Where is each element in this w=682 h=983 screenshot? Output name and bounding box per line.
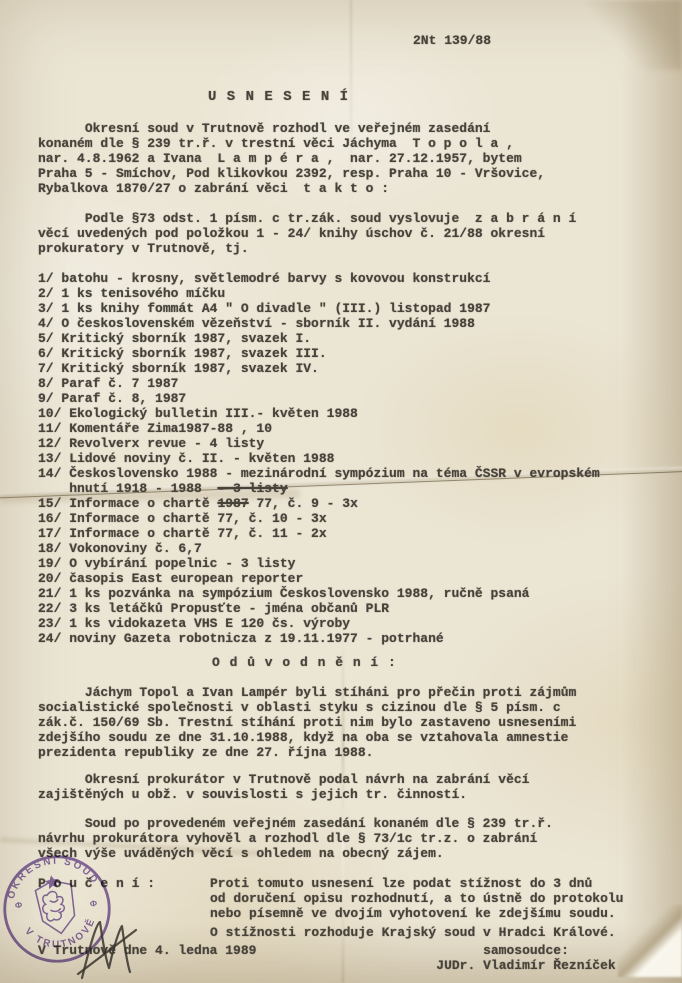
seized-item-row: 6/ Kritický sborník 1987, svazek III.	[38, 346, 654, 361]
seized-item-row: 15/ Informace o chartě 1987 77, č. 9 - 3…	[38, 496, 654, 511]
item-text: 14/ Československo 1988 - mezinárodní sy…	[38, 466, 600, 496]
scanned-court-document: 2Nt 139/88 U S N E S E N Í Okresní soud …	[0, 0, 682, 983]
item-text: 19/ O vybírání popelnic - 3 listy	[38, 556, 295, 571]
seized-item-row: 8/ Paraf č. 7 1987	[38, 376, 654, 391]
seized-item-row: 12/ Revolverx revue - 4 listy	[38, 436, 654, 451]
seized-item-row: 19/ O vybírání popelnic - 3 listy	[38, 556, 654, 571]
seized-item-row: 21/ 1 ks pozvánka na sympózium Českoslov…	[38, 586, 654, 601]
seized-item-row: 7/ Kritický sborník 1987, svazek IV.	[38, 361, 654, 376]
intro-paragraph: Okresní soud v Trutnově rozhodl ve veřej…	[38, 121, 654, 196]
item-text: 12/ Revolverx revue - 4 listy	[38, 436, 264, 451]
seized-item-row: 2/ 1 ks tenisového míčku	[38, 286, 654, 301]
seized-item-row: 23/ 1 ks vidokazeta VHS E 120 čs. výroby	[38, 616, 654, 631]
judge-role: samosoudce:	[406, 943, 646, 958]
case-number: 2Nt 139/88	[413, 33, 654, 48]
seized-item-row: 20/ časopis East european reporter	[38, 571, 654, 586]
item-text: 20/ časopis East european reporter	[38, 571, 303, 586]
advice-text: Proti tomuto usnesení lze podat stížnost…	[210, 876, 623, 921]
item-text: 21/ 1 ks pozvánka na sympózium Českoslov…	[38, 586, 529, 601]
seized-item-row: 22/ 3 ks letáčků Propusťte - jména občan…	[38, 601, 654, 616]
stamp-symbol-right: Ф	[89, 898, 98, 909]
item-text: 10/ Ekologický bulletin III.- květen 198…	[38, 406, 358, 421]
item-text: 2/ 1 ks tenisového míčku	[38, 286, 225, 301]
item-text: 1/ batohu - krosny, světlemodré barvy s …	[38, 271, 490, 286]
seized-items-list: 1/ batohu - krosny, světlemodré barvy s …	[38, 271, 654, 646]
seized-item-row: 4/ O československém vězeňství - sborník…	[38, 316, 654, 331]
document-title: U S N E S E N Í	[208, 90, 654, 105]
item-text: 4/ O československém vězeňství - sborník…	[38, 316, 475, 331]
item-text: 11/ Komentáře Zima1987-88 , 10	[38, 421, 272, 436]
item-text: 22/ 3 ks letáčků Propusťte - jména občan…	[38, 601, 389, 616]
seized-item-row: 17/ Informace o chartě 77, č. 11 - 2x	[38, 526, 654, 541]
seized-item-row: 13/ Lidové noviny č. II. - květen 1988	[38, 451, 654, 466]
judge-name: JUDr. Vladimír Řezníček	[406, 958, 646, 973]
advice-column: Proti tomuto usnesení lze podat stížnost…	[210, 876, 623, 940]
seized-item-row: 3/ 1 ks knihy fommát A4 " O divadle " (I…	[38, 301, 654, 316]
item-text: 18/ Vokonoviny č. 6,7	[38, 541, 202, 556]
struck-text: 1987	[217, 496, 248, 511]
item-text: 6/ Kritický sborník 1987, svazek III.	[38, 346, 327, 361]
appeal-court-line: O stížnosti rozhoduje Krajský soud v Hra…	[210, 925, 623, 940]
item-text: 8/ Paraf č. 7 1987	[38, 376, 178, 391]
handwritten-signature	[76, 916, 150, 983]
document-content: 2Nt 139/88 U S N E S E N Í Okresní soud …	[0, 0, 682, 983]
item-text: 17/ Informace o chartě 77, č. 11 - 2x	[38, 526, 327, 541]
item-text: 3/ 1 ks knihy fommát A4 " O divadle " (I…	[38, 301, 490, 316]
seized-item-row: 18/ Vokonoviny č. 6,7	[38, 541, 654, 556]
seized-item-row: 14/ Československo 1988 - mezinárodní sy…	[38, 466, 654, 496]
reasoning-paragraph-3: Soud po provedeném veřejném zasedání kon…	[38, 816, 654, 861]
item-text: 77, č. 9 - 3x	[249, 496, 358, 511]
seized-item-row: 24/ noviny Gazeta robotnicza z 19.11.197…	[38, 631, 654, 646]
item-text: 24/ noviny Gazeta robotnicza z 19.11.197…	[38, 631, 444, 646]
item-text: 15/ Informace o chartě	[38, 496, 217, 511]
seized-item-row: 16/ Informace o chartě 77, č. 10 - 3x	[38, 511, 654, 526]
item-text: 23/ 1 ks vidokazeta VHS E 120 čs. výroby	[38, 616, 350, 631]
item-text: 5/ Kritický sborník 1987, svazek I.	[38, 331, 311, 346]
judge-block: samosoudce: JUDr. Vladimír Řezníček	[406, 943, 646, 973]
ruling-paragraph: Podle §73 odst. 1 písm. c tr.zák. soud v…	[38, 211, 654, 256]
item-text: 13/ Lidové noviny č. II. - květen 1988	[38, 451, 334, 466]
reasoning-heading: O d ů v o d n ě n í :	[212, 655, 654, 670]
czechoslovak-lion-emblem-icon	[33, 872, 79, 936]
struck-text: - 3 listy	[217, 481, 287, 496]
seized-item-row: 10/ Ekologický bulletin III.- květen 198…	[38, 406, 654, 421]
seized-item-row: 5/ Kritický sborník 1987, svazek I.	[38, 331, 654, 346]
item-text: 7/ Kritický sborník 1987, svazek IV.	[38, 361, 319, 376]
reasoning-paragraph-1: Jáchym Topol a Ivan Lampér byli stíháni …	[38, 685, 654, 760]
item-text: 9/ Paraf č. 8, 1987	[38, 391, 186, 406]
seized-item-row: 11/ Komentáře Zima1987-88 , 10	[38, 421, 654, 436]
item-text: 16/ Informace o chartě 77, č. 10 - 3x	[38, 511, 327, 526]
seized-item-row: 9/ Paraf č. 8, 1987	[38, 391, 654, 406]
reasoning-paragraph-2: Okresní prokurátor v Trutnově podal návr…	[38, 772, 654, 802]
stamp-symbol-left: Ф	[14, 899, 23, 910]
seized-item-row: 1/ batohu - krosny, světlemodré barvy s …	[38, 271, 654, 286]
